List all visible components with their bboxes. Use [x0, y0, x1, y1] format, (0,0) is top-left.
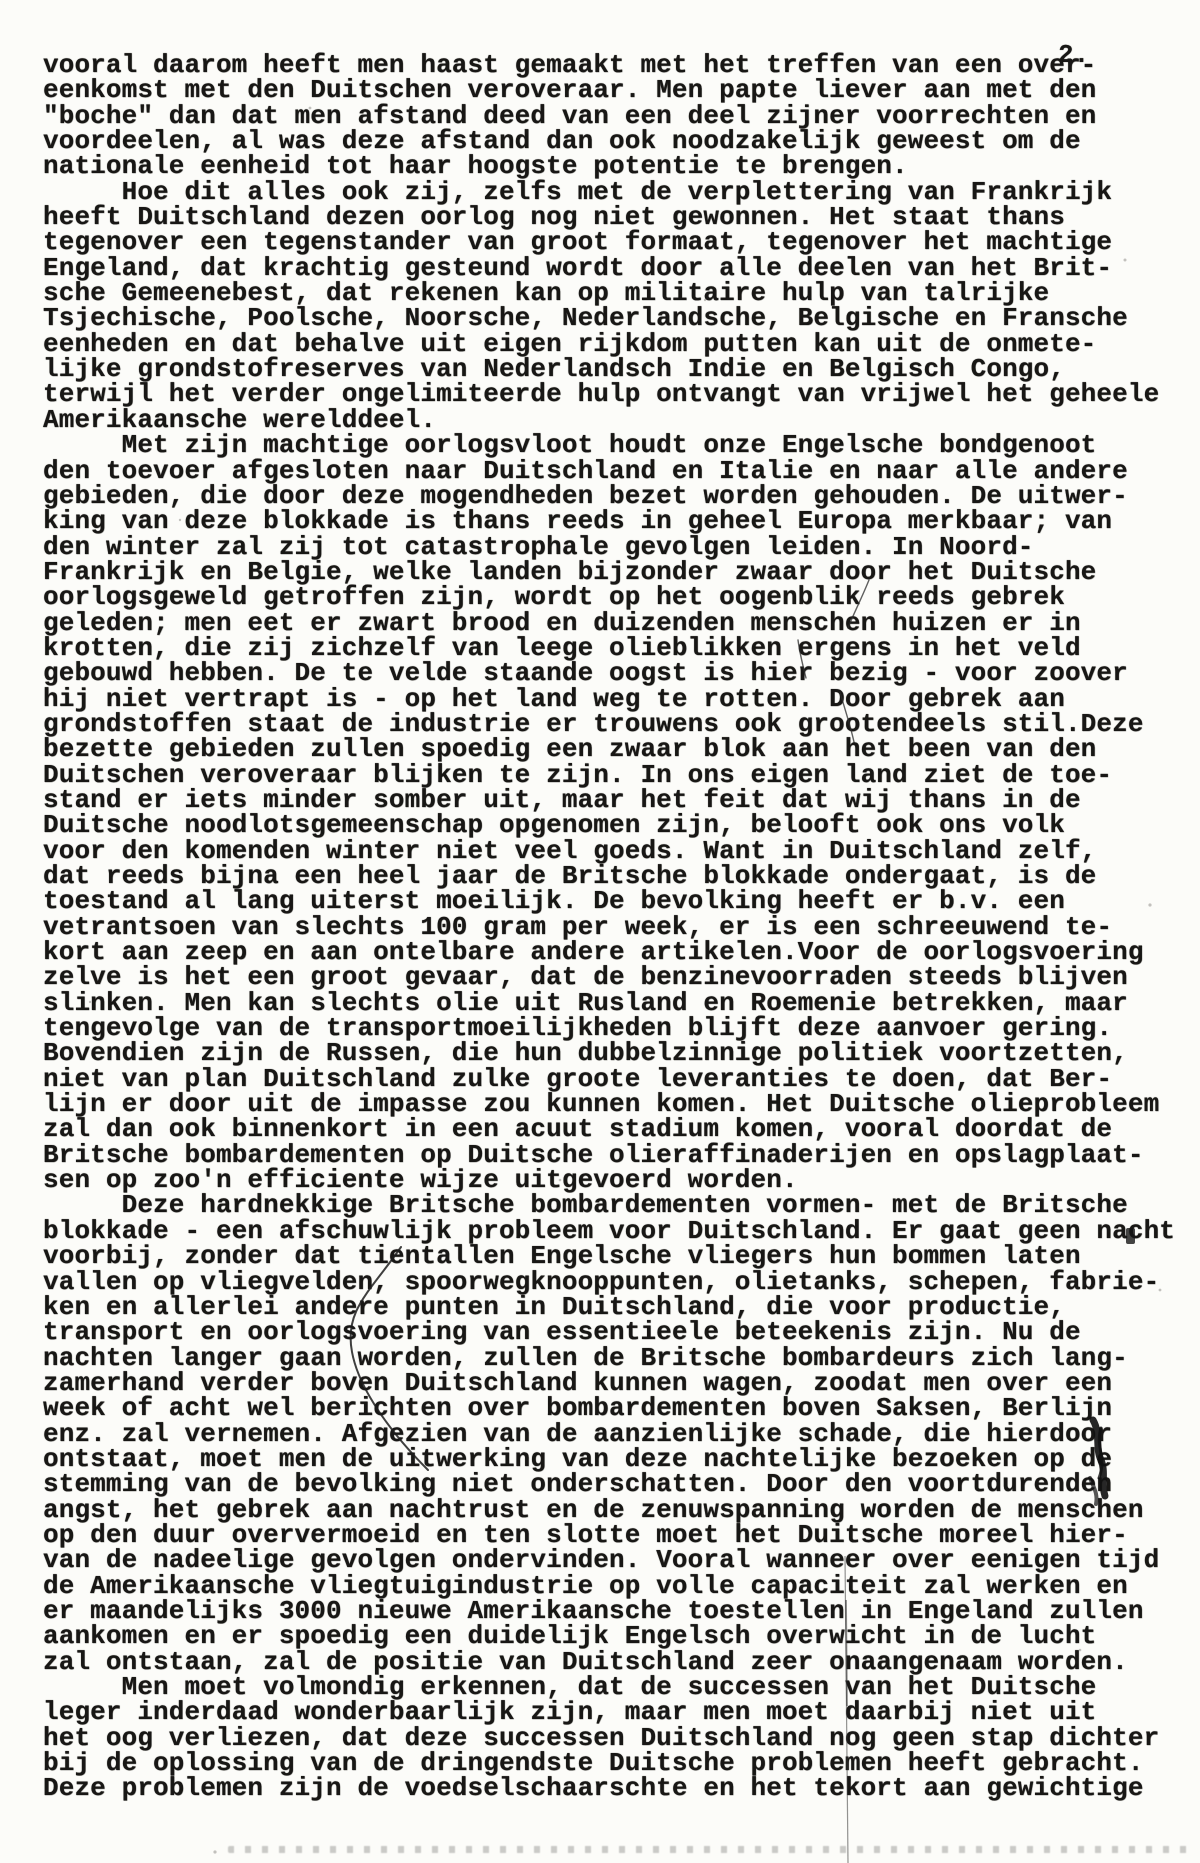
text-line: voorbij, zonder dat tientallen Engelsche…	[43, 1244, 1175, 1269]
text-line: zelve is het een groot gevaar, dat de be…	[43, 965, 1175, 990]
text-line: king van deze blokkade is thans reeds in…	[43, 509, 1175, 534]
text-line: week of acht wel berichten over bombarde…	[43, 1396, 1175, 1421]
document-body: vooral daarom heeft men haast gemaakt me…	[43, 53, 1175, 1802]
text-line: leger inderdaad wonderbaarlijk zijn, maa…	[43, 1700, 1175, 1725]
text-line: van de nadeelige gevolgen ondervinden. V…	[43, 1548, 1175, 1573]
typewritten-page: 2. vooral daarom heeft men haast gemaakt…	[0, 0, 1200, 1863]
text-line: Met zijn machtige oorlogsvloot houdt onz…	[43, 433, 1175, 458]
text-line: gebouwd hebben. De te velde staande oogs…	[43, 661, 1175, 686]
text-line: aankomen en er spoedig een duidelijk Eng…	[43, 1624, 1175, 1649]
text-line: zal dan ook binnenkort in een acuut stad…	[43, 1117, 1175, 1142]
text-line: Duitsche noodlotsgemeenschap opgenomen z…	[43, 813, 1175, 838]
text-line: nationale eenheid tot haar hoogste poten…	[43, 154, 1175, 179]
text-line: tegenover een tegenstander van groot for…	[43, 230, 1175, 255]
text-line: Deze problemen zijn de voedselschaarscht…	[43, 1776, 1175, 1801]
text-line: transport en oorlogsvoering van essentie…	[43, 1320, 1175, 1345]
text-line: Tsjechische, Poolsche, Noorsche, Nederla…	[43, 306, 1175, 331]
text-line: stemming van de bevolking niet onderscha…	[43, 1472, 1175, 1497]
text-line: Deze hardnekkige Britsche bombardementen…	[43, 1193, 1175, 1218]
text-line: terwijl het verder ongelimiteerde hulp o…	[43, 382, 1175, 407]
text-line: eenkomst met den Duitschen veroveraar. M…	[43, 78, 1175, 103]
text-line: toestand al lang uiterst moeilijk. De be…	[43, 889, 1175, 914]
text-line: bezette gebieden zullen spoedig een zwaa…	[43, 737, 1175, 762]
text-line: Bovendien zijn de Russen, die hun dubbel…	[43, 1041, 1175, 1066]
text-line: oorlogsgeweld getroffen zijn, wordt op h…	[43, 585, 1175, 610]
scan-edge-artifact	[228, 1846, 1190, 1853]
